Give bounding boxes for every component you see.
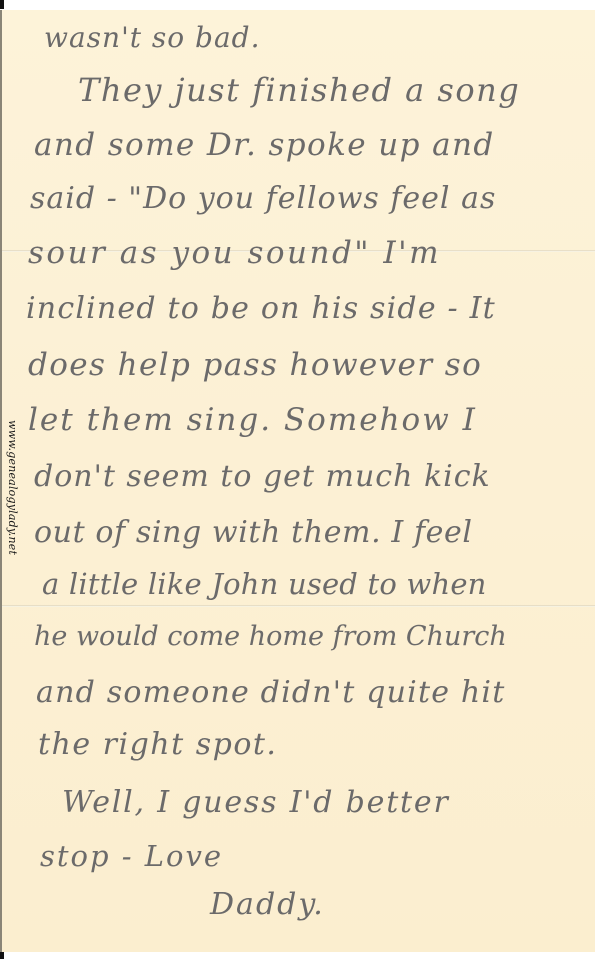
letter-line: the right spot.	[38, 730, 277, 760]
signature: Daddy.	[210, 890, 325, 920]
letter-line: he would come home from Church	[34, 623, 507, 650]
letter-line: let them sing. Somehow I	[28, 405, 477, 436]
letter-page: www.genealogylady.net wasn't so bad. The…	[0, 10, 595, 952]
watermark-text: www.genealogylady.net	[6, 420, 19, 555]
letter-line: don't seem to get much kick	[34, 462, 491, 492]
letter-line: out of sing with them. I feel	[34, 518, 473, 548]
letter-line: They just finished a song	[78, 74, 520, 106]
letter-line: and some Dr. spoke up and	[34, 130, 495, 161]
letter-line: Well, I guess I'd better	[62, 788, 450, 818]
letter-line: stop - Love	[40, 842, 223, 871]
letter-line: inclined to be on his side - It	[26, 294, 496, 324]
letter-line: wasn't so bad.	[44, 24, 260, 52]
letter-line: and someone didn't quite hit	[36, 678, 505, 708]
fold-line	[2, 605, 595, 607]
scan-edge-mark-top	[0, 0, 4, 9]
letter-line: does help pass however so	[28, 350, 482, 381]
letter-line: sour as you sound" I'm	[28, 238, 441, 269]
letter-line: a little like John used to when	[42, 570, 487, 599]
letter-line: said - "Do you fellows feel as	[30, 184, 496, 214]
